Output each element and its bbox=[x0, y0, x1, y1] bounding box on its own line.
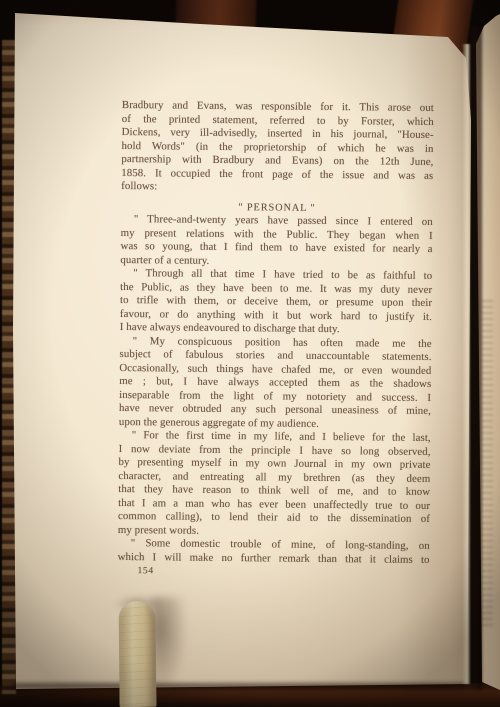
next-page-ghost-text bbox=[481, 300, 493, 630]
paragraph: " Three-and-twenty years have passed sin… bbox=[120, 213, 433, 270]
page-edge-highlight bbox=[462, 44, 471, 684]
paragraph: " Some domestic trouble of mine, of long… bbox=[118, 537, 430, 567]
paragraph: Bradbury and Evans, was responsible for … bbox=[121, 99, 434, 196]
page-holder-stick bbox=[118, 601, 156, 707]
text-block: Bradbury and Evans, was responsible for … bbox=[117, 99, 434, 581]
book-photo-scene: Bradbury and Evans, was responsible for … bbox=[0, 0, 500, 707]
paragraph: " Through all that time I have tried to … bbox=[120, 267, 433, 337]
paragraph: " For the first time in my life, and I b… bbox=[118, 429, 431, 540]
page-bottom-shadow bbox=[12, 683, 464, 689]
paragraph: " My conspicuous position has often made… bbox=[119, 334, 432, 431]
